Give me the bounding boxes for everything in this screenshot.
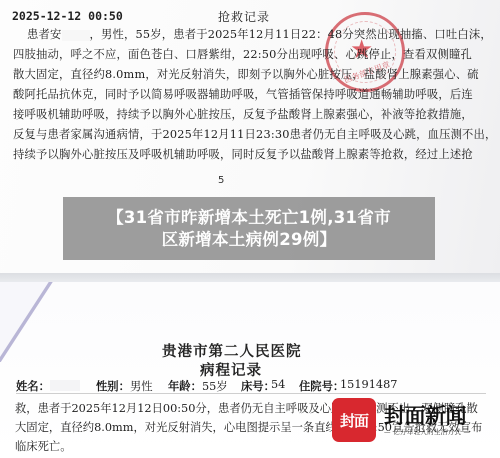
brand-slogan: — 亿万年轻人的生活方式 — <box>384 427 470 436</box>
patient-info-row: 姓名： 性别： 男性 年龄： 55岁 床号： 54 住院号： 15191487 <box>16 378 486 394</box>
gender-value: 男性 <box>130 378 153 394</box>
image-divider <box>0 273 500 282</box>
headline-line-2: 区新增本土病例29例】 <box>162 229 337 251</box>
age-label: 年龄： <box>168 378 202 394</box>
admission-value: 15191487 <box>340 378 398 391</box>
timestamp: 2025-12-12 00:50 <box>12 9 123 23</box>
record-line: 酸阿托品抗休克，同时予以简易呼吸器辅助呼吸，气管插管保持呼吸道通畅辅助呼吸，后连 <box>13 88 473 101</box>
record-line: 接呼吸机辅助呼吸，持续予以胸外心脏按压，反复予盐酸肾上腺素强心，补液等抢救措施， <box>13 108 473 121</box>
gender-label: 性别： <box>96 378 130 394</box>
page-number: 5 <box>218 175 224 186</box>
bed-label: 床号： <box>241 378 275 394</box>
bed-value: 54 <box>271 378 285 391</box>
headline-banner: 【31省市昨新增本土死亡1例,31省市 区新增本土病例29例】 <box>63 197 435 260</box>
redacted-name <box>62 30 90 41</box>
record-title: 病程记录 <box>200 359 262 380</box>
redacted-name <box>50 380 80 391</box>
record-line: 临床死亡。 <box>15 440 72 453</box>
name-label: 姓名： <box>16 378 50 394</box>
record-line-text: ，男性，55岁，患者于2025年12月11日22：48分突然出现抽搐、口吐白沫， <box>90 28 492 41</box>
hospital-name: 贵港市第二人民医院 <box>162 340 302 361</box>
record-line: 四肢抽动，呼之不应，面色苍白、口唇紫绀，22:50分出现呼吸、心跳停止，查看双侧… <box>13 48 472 61</box>
record-line: 患者安，男性，55岁，患者于2025年12月11日22：48分突然出现抽搐、口吐… <box>27 28 492 41</box>
record-line: 反复与患者家属沟通病情，于2025年12月11日23:30患者仍无自主呼吸及心跳… <box>13 128 497 141</box>
top-document-page: 2025-12-12 00:50 抢救记录 ★ 医务部专用章 患者安，男性，55… <box>0 0 500 273</box>
headline-line-1: 【31省市昨新增本土死亡1例,31省市 <box>107 207 391 229</box>
bottom-document-page: 贵港市第二人民医院 病程记录 姓名： 性别： 男性 年龄： 55岁 床号： 54… <box>0 282 500 458</box>
document-title: 抢救记录 <box>218 8 270 25</box>
news-watermark: 封面 封面新闻 — 亿万年轻人的生活方式 — <box>332 398 500 444</box>
record-line: 散大固定，直径约8.0mm，对光反射消失，即刻予以胸外心脏按压，盐酸肾上腺素强心… <box>13 68 479 81</box>
brand-name: 封面新闻 <box>384 400 466 430</box>
age-value: 55岁 <box>202 378 228 394</box>
record-line: 持续予以胸外心脏按压及呼吸机辅助呼吸，同时反复予以盐酸肾上腺素等抢救，经过上述抢 <box>13 148 473 161</box>
admission-label: 住院号： <box>299 378 344 394</box>
patient-name-prefix: 患者安 <box>27 28 62 41</box>
brand-logo-icon: 封面 <box>332 398 376 442</box>
page-fold-edge <box>0 282 59 362</box>
